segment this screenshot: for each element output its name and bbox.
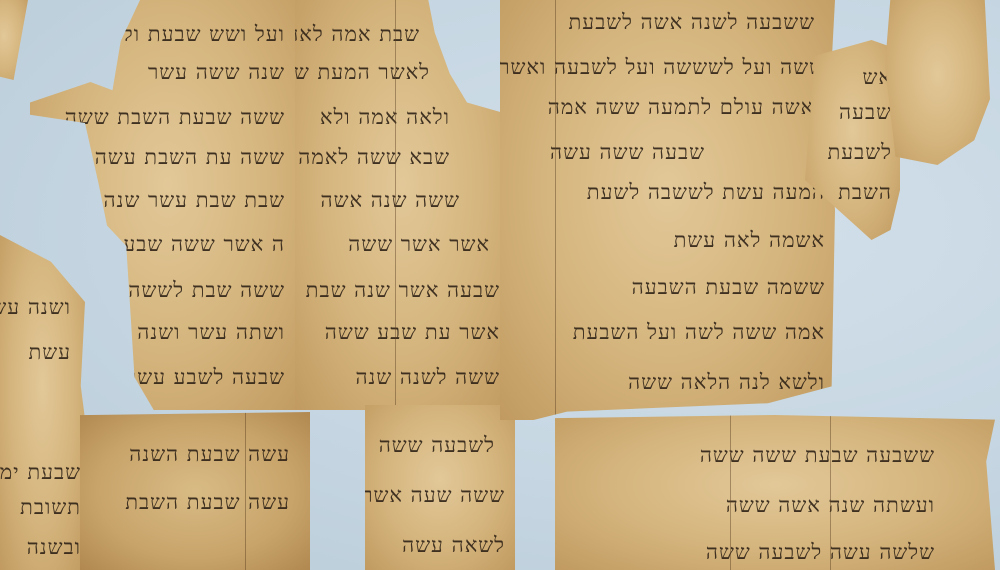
text-line: ששה שעה אשר <box>362 483 505 508</box>
text-line: לשאה עשה <box>402 533 505 558</box>
text-line: ששה שבת לששה <box>128 278 285 303</box>
parchment-fragment-bottom-right: ששבעה שבעת ששה ששה ועשתה שנה אשה ששה שלש… <box>555 415 995 570</box>
crack-line <box>245 412 246 570</box>
text-line: ועל ושש שבעת ולא <box>109 22 285 47</box>
text-line: שבעת ימים <box>0 460 81 485</box>
text-line: שבת שבת עשר שנה <box>104 188 285 213</box>
text-line: שנה ששה עשר <box>148 60 285 85</box>
text-line: עשת <box>28 340 71 365</box>
text-line: לאשה עולם לתמעה ששה אמה <box>548 95 825 120</box>
text-line: שבעה אשר שנה שבת <box>306 278 500 303</box>
text-line: שבא ששה לאמה <box>298 145 450 170</box>
text-line: השבת <box>838 180 892 205</box>
crack-line <box>395 0 396 410</box>
text-line: שבעה ששה עשה <box>550 140 705 165</box>
crack-line <box>555 0 556 420</box>
text-line: המעה עשת לששבה לשעת <box>587 180 825 205</box>
text-line: ושנה עשה <box>0 295 71 320</box>
parchment-fragment-bottom-center: לשבעה ששה ששה שעה אשר לשאה עשה <box>365 405 515 570</box>
text-line: תשובת <box>20 495 81 520</box>
text-line: עשה שבעת השנה <box>129 442 290 467</box>
text-line: אשר אשר ששה <box>348 232 490 257</box>
text-line: ששה לשנה שנה <box>355 365 500 390</box>
parchment-fragment-bottom-left: עשה שבעת השנה עשה שבעת השבת <box>80 412 310 570</box>
text-line: לשבעת <box>827 140 892 165</box>
text-line: ששה שבעת השבת ששה <box>65 105 285 130</box>
text-line: ששה שנה אשה <box>321 188 461 213</box>
text-line: שבעה לשבע עשר <box>126 365 285 390</box>
text-line: ששבעה לשנה אשה לשבעת <box>569 10 816 35</box>
text-line: ששה ועל לשששה ועל לשבעה ואשר <box>499 55 825 80</box>
parchment-fragment-top-right <box>885 0 990 165</box>
text-line: עשה שבעת השבת <box>125 490 290 515</box>
text-line: ובשנה <box>27 535 81 560</box>
text-line: ולשא לנה הלאה ששה <box>628 370 825 395</box>
text-line: ששמה שבעת השבעה <box>632 275 825 300</box>
crack-line <box>830 415 831 570</box>
text-line: שבעה <box>839 100 892 125</box>
text-line: ששה עת השבת עשה <box>95 145 285 170</box>
text-line: אשר עת שבע ששה <box>325 320 500 345</box>
crack-line <box>730 415 731 570</box>
text-line: ה אשר ששה שבעת <box>110 232 285 257</box>
text-line: אשמה לאה עשת <box>674 228 825 253</box>
text-line: ולאה אמה ולא <box>320 105 450 130</box>
text-line: אמה ששה לשה ועל השבעת <box>573 320 825 345</box>
text-line: ששבעה שבעת ששה ששה <box>700 443 935 468</box>
text-line: שלשה עשה לשבעה ששה <box>706 540 935 565</box>
parchment-fragment-right-center: ששבעה לשנה אשה לשבעת ששה ועל לשששה ועל ל… <box>500 0 835 420</box>
text-line: לשבעה ששה <box>379 433 495 458</box>
